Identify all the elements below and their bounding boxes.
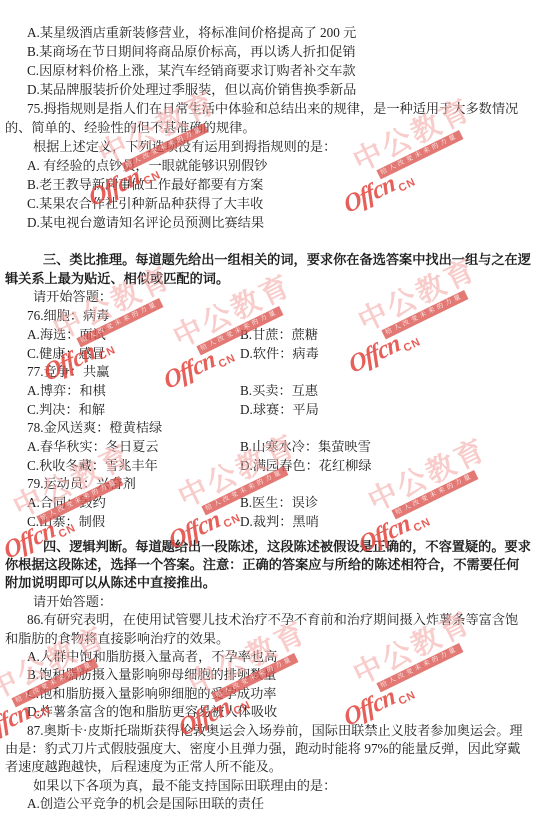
q76-option-row-1: A.海选：面试 B.甘蔗：蔗糖 bbox=[5, 326, 532, 345]
q78-option-d: D.满园春色：花红柳绿 bbox=[240, 457, 372, 476]
q76-option-c: C.健康：感冒 bbox=[5, 345, 240, 364]
q74-option-a: A.某星级酒店重新装修营业，将标准间价格提高了 200 元 bbox=[5, 23, 532, 42]
q87-question: 如果以下各项为真，最不能支持国际田联理由的是： bbox=[5, 777, 532, 795]
q76-option-d: D.软件：病毒 bbox=[240, 345, 319, 364]
q77-stem: 77.竞争：共赢 bbox=[5, 363, 532, 382]
q74-option-d: D.某品牌服装折价处理过季服装，但以高价销售换季新品 bbox=[5, 80, 532, 99]
q77-option-d: D.球赛：平局 bbox=[240, 401, 319, 420]
q75-option-a: A. 有经验的点钞员，一眼就能够识别假钞 bbox=[5, 156, 532, 175]
q79-option-row-1: A.合同：毁约 B.医生：误诊 bbox=[5, 494, 532, 513]
q87-stem-line-3: 者速度越跑越快，后程速度为正常人所不能及。 bbox=[5, 758, 532, 776]
section-3-header-line-1: 三、类比推理。每道题先给出一组相关的词，要求你在备选答案中找出一组与之在逻 bbox=[5, 251, 532, 270]
exam-page: A.某星级酒店重新装修营业，将标准间价格提高了 200 元 B.某商场在节日期间… bbox=[0, 0, 550, 839]
section-4-logic: 四、逻辑判断。每道题给出一段陈述，这段陈述被假设是正确的，不容置疑的。要求 你根… bbox=[5, 538, 532, 814]
q87-option-a: A.创造公平竞争的机会是国际田联的责任 bbox=[5, 795, 532, 813]
section-4-start-prompt: 请开始答题： bbox=[5, 593, 532, 611]
section-4-header-line-1: 四、逻辑判断。每道题给出一段陈述，这段陈述被假设是正确的，不容置疑的。要求 bbox=[5, 538, 532, 556]
q76-option-row-2: C.健康：感冒 D.软件：病毒 bbox=[5, 345, 532, 364]
section-4-header-line-3: 附加说明即可以从陈述中直接推出。 bbox=[5, 574, 532, 592]
q77-option-a: A.博弈：和棋 bbox=[5, 382, 240, 401]
q86-option-a: A.人群中饱和脂肪摄入量高者，不孕率也高 bbox=[5, 648, 532, 666]
q87-stem-line-1: 87.奥斯卡·皮斯托瑞斯获得伦敦奥运会入场券前，国际田联禁止义肢者参加奥运会。理 bbox=[5, 722, 532, 740]
q74-option-b: B.某商场在节日期间将商品原价标高，再以诱人折扣促销 bbox=[5, 42, 532, 61]
q74-option-c: C.因原材料价格上涨，某汽车经销商要求订购者补交车款 bbox=[5, 61, 532, 80]
q77-option-c: C.判决：和解 bbox=[5, 401, 240, 420]
q86-option-c: C.饱和脂肪摄入量影响卵细胞的受孕成功率 bbox=[5, 685, 532, 703]
q78-option-row-2: C.秋收冬藏：雪兆丰年 D.满园春色：花红柳绿 bbox=[5, 457, 532, 476]
exam-text: A.某星级酒店重新装修营业，将标准间价格提高了 200 元 B.某商场在节日期间… bbox=[0, 0, 550, 814]
section-3-start-prompt: 请开始答题： bbox=[5, 288, 532, 307]
q75-question: 根据上述定义，下列选项没有运用到拇指规则的是： bbox=[5, 137, 532, 156]
section-3-header-line-2: 辑关系上最为贴近、相似或匹配的词。 bbox=[5, 270, 532, 289]
q77-option-b: B.买卖：互惠 bbox=[240, 382, 318, 401]
q75-stem-line-1: 75.拇指规则是指人们在日常生活中体验和总结出来的规律，是一种适用于大多数情况 bbox=[5, 99, 532, 118]
q78-option-a: A.春华秋实：冬日夏云 bbox=[5, 438, 240, 457]
q77-option-row-1: A.博弈：和棋 B.买卖：互惠 bbox=[5, 382, 532, 401]
q79-option-a: A.合同：毁约 bbox=[5, 494, 240, 513]
q86-option-b: B.饱和脂肪摄入量影响卵母细胞的排卵数量 bbox=[5, 666, 532, 684]
q75-stem-line-2: 的、简单的、经验性的但不甚准确的规律。 bbox=[5, 118, 532, 137]
q79-option-b: B.医生：误诊 bbox=[240, 494, 318, 513]
q87-stem-line-2: 由是：豹式刀片式假肢强度大、密度小且弹力强，跑动时能将 97%的能量反弹，因此穿… bbox=[5, 740, 532, 758]
q76-stem: 76.细胞：病毒 bbox=[5, 307, 532, 326]
section-4-header-line-2: 你根据这段陈述，选择一个答案。注意：正确的答案应与所给的陈述相符合，不需要任何 bbox=[5, 556, 532, 574]
q79-option-c: C.山寨：制假 bbox=[5, 513, 240, 532]
q78-option-c: C.秋收冬藏：雪兆丰年 bbox=[5, 457, 240, 476]
q77-option-row-2: C.判决：和解 D.球赛：平局 bbox=[5, 401, 532, 420]
q78-stem: 78.金风送爽：橙黄桔绿 bbox=[5, 419, 532, 438]
q78-option-row-1: A.春华秋实：冬日夏云 B.山寒水冷：集萤映雪 bbox=[5, 438, 532, 457]
q76-option-b: B.甘蔗：蔗糖 bbox=[240, 326, 318, 345]
question-74-75-block: A.某星级酒店重新装修营业，将标准间价格提高了 200 元 B.某商场在节日期间… bbox=[5, 23, 532, 232]
q79-stem: 79.运动员：兴奋剂 bbox=[5, 475, 532, 494]
q75-option-b: B.老王教导新同事做工作最好都要有方案 bbox=[5, 175, 532, 194]
section-3-analogy: 三、类比推理。每道题先给出一组相关的词，要求你在备选答案中找出一组与之在逻 辑关… bbox=[5, 251, 532, 532]
q86-stem-line-1: 86.有研究表明，在使用试管婴儿技术治疗不孕不育前和治疗期间摄入炸薯条等富含饱 bbox=[5, 611, 532, 629]
q79-option-d: D.裁判：黑哨 bbox=[240, 513, 319, 532]
q75-option-d: D.某电视台邀请知名评论员预测比赛结果 bbox=[5, 213, 532, 232]
q76-option-a: A.海选：面试 bbox=[5, 326, 240, 345]
q79-option-row-2: C.山寨：制假 D.裁判：黑哨 bbox=[5, 513, 532, 532]
q78-option-b: B.山寒水冷：集萤映雪 bbox=[240, 438, 371, 457]
q75-option-c: C.某果农合作社引种新品种获得了大丰收 bbox=[5, 194, 532, 213]
q86-stem-line-2: 和脂肪的食物将直接影响治疗的效果。 bbox=[5, 630, 532, 648]
q86-option-d: D.炸薯条富含的饱和脂肪更容易被人体吸收 bbox=[5, 703, 532, 721]
